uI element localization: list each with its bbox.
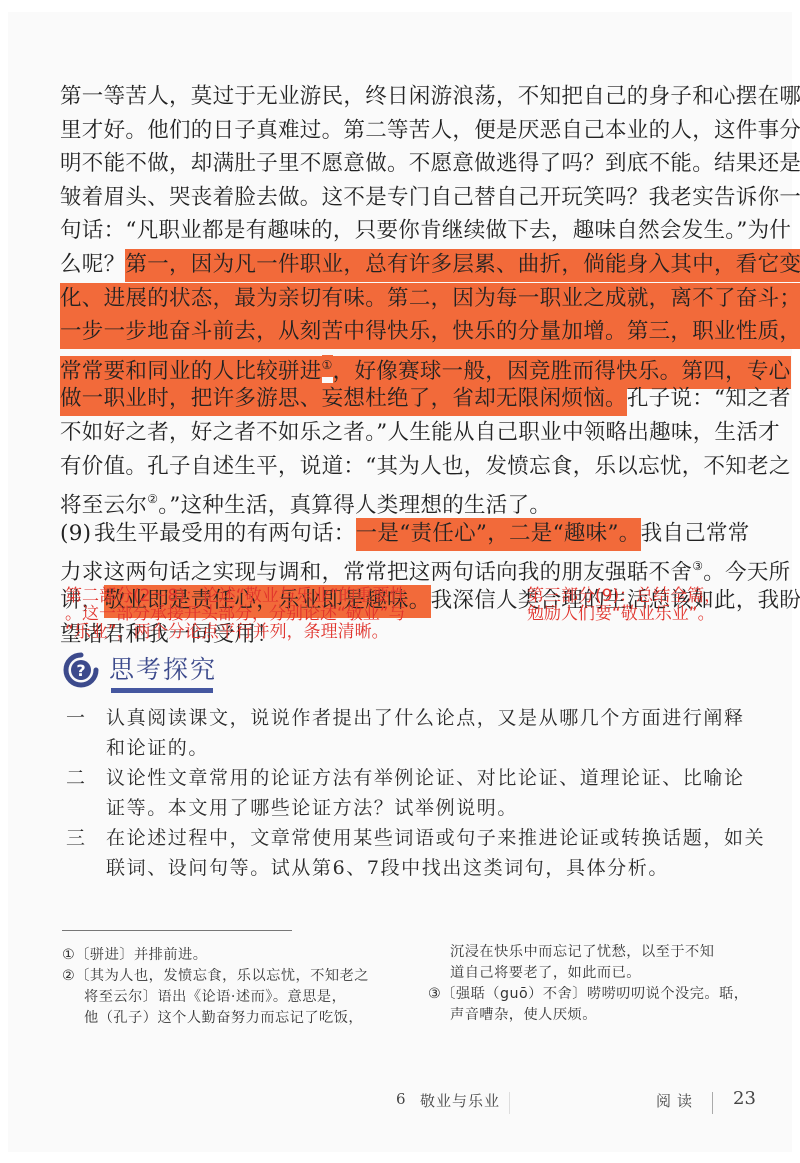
footnote-line: 声音嘈杂，使人厌烦。 <box>428 1005 778 1026</box>
chapter-number: 6 <box>396 1090 406 1108</box>
text-line: 第一等苦人，莫过于无业游民，终日闲游浪荡，不知把自己的身子和心摆在哪 <box>60 80 760 114</box>
text-segment: 明不能不做，却满肚子里不愿意做。不愿意做逃得了吗？到底不能。结果还是 <box>60 151 800 176</box>
text-segment: 。今天所 <box>703 560 790 585</box>
footnote-line: 他（孔子）这个人勤奋努力而忘记了吃饭， <box>62 1008 402 1029</box>
footer-divider <box>712 1092 713 1114</box>
footnotes-left: ①〔骈进〕并排前进。 ②〔其为人也，发愤忘食，乐以忘忧，不知老之 将至云尔〕语出… <box>62 945 402 1029</box>
footnote-line: 道自己将要老了，如此而已。 <box>428 963 778 984</box>
highlighted-text: 化、进展的状态，最为亲切有味。 <box>60 283 387 316</box>
footnote-2-continued: 沉浸在快乐中而忘记了忧愁，以至于不知 道自己将要老了，如此而已。 <box>428 942 778 984</box>
section-title-underline <box>111 688 213 693</box>
question-number: 三 <box>66 823 87 853</box>
text-segment: 不如好之者，好之者不如乐之者。”人生能从自己职业中领略出趣味，生活才 <box>60 420 780 445</box>
text-line: 有价值。孔子自述生平，说道：“其为人也，发愤忘食，乐以忘忧，不知老之 <box>60 450 760 484</box>
highlighted-text: 一是“责任心”，二是“趣味”。 <box>356 518 641 551</box>
text-segment: 么呢？ <box>60 252 125 277</box>
annotation-part-three: 第三部分(9)：总结全篇， 勉励人们要“敬业乐业”。 <box>527 587 721 623</box>
footnote-line: ②〔其为人也，发愤忘食，乐以忘忧，不知老之 <box>62 966 402 987</box>
paragraph-number: (9) <box>60 517 94 551</box>
highlighted-text: 一步一步地奋斗前去，从刻苦中得快乐，快乐的分量加增。 <box>60 316 627 349</box>
question-item: 三 在论述过程中，文章常使用某些词语或句子来推进论证或转换话题，如关 联词、设问… <box>62 823 762 883</box>
text-segment: 孔子说：“知之者 <box>627 386 791 411</box>
footnote-line: 将至云尔〕语出《论语·述而》。意思是， <box>62 987 402 1008</box>
text-line: 里才好。他们的日子真难过。第二等苦人，便是厌恶自己本业的人，这件事分 <box>60 114 760 148</box>
footnote-2: ②〔其为人也，发愤忘食，乐以忘忧，不知老之 将至云尔〕语出《论语·述而》。意思是… <box>62 966 402 1029</box>
text-line: 常常要和同业的人比较骈进①，好像赛球一般，因竞胜而得快乐。第四，专心 <box>60 349 760 383</box>
text-segment: 我自己常常 <box>641 521 750 546</box>
text-line: (9)我生平最受用的有两句话：一是“责任心”，二是“趣味”。我自己常常 <box>60 517 760 551</box>
footnote-divider <box>62 930 292 931</box>
text-line: 将至云尔②。”这种生活，真算得人类理想的生活了。 <box>60 483 760 517</box>
question-line: 认真阅读课文，说说作者提出了什么论点，又是从哪几个方面进行阐释 <box>106 703 762 733</box>
highlighted-text: 第三，职业性质， <box>627 316 800 349</box>
footnote-marker: ② <box>147 492 158 506</box>
text-line: 句话：“凡职业都是有趣味的，只要你肯继续做下去，趣味自然会发生。”为什 <box>60 214 760 248</box>
highlighted-text: 第一，因为凡一件职业，总有许多层累、曲折，倘能身入其中，看它变 <box>125 249 800 282</box>
question-number: 二 <box>66 763 87 793</box>
body-text: 第一等苦人，莫过于无业游民，终日闲游浪荡，不知把自己的身子和心摆在哪里才好。他们… <box>60 80 760 651</box>
text-line: 不如好之者，好之者不如乐之者。”人生能从自己职业中领略出趣味，生活才 <box>60 416 760 450</box>
annotation-line: 第三部分(9)：总结全篇， <box>527 587 721 605</box>
text-line: 做一职业时，把许多游思、妄想杜绝了，省却无限闲烦恼。孔子说：“知之者 <box>60 382 760 416</box>
section-label: 阅读 <box>656 1090 698 1111</box>
question-list: 一 认真阅读课文，说说作者提出了什么论点，又是从哪几个方面进行阐释 和论证的。 … <box>62 703 762 883</box>
annotation-line: 第二部分(2～8)：论述“敬业与乐业”的重要性 <box>65 587 407 605</box>
footnote-marker: ③ <box>692 559 703 573</box>
text-segment: 将至云尔 <box>60 493 147 518</box>
footnote-3: ③〔强聒（guō）不舍〕唠唠叨叨说个没完。聒， 声音嘈杂，使人厌烦。 <box>428 984 778 1026</box>
text-segment: 有价值。孔子自述生平，说道：“其为人也，发愤忘食，乐以忘忧，不知老之 <box>60 454 791 479</box>
question-line: 和论证的。 <box>106 733 762 763</box>
footnote-line: ③〔强聒（guō）不舍〕唠唠叨叨说个没完。聒， <box>428 984 778 1005</box>
annotation-line: “乐业”，两个分论点平行并列，条理清晰。 <box>65 623 407 641</box>
footnote-1: ①〔骈进〕并排前进。 <box>62 945 402 966</box>
text-segment: 皱着眉头、哭丧着脸去做。这不是专门自己替自己开玩笑吗？我老实告诉你一 <box>60 185 800 210</box>
question-item: 一 认真阅读课文，说说作者提出了什么论点，又是从哪几个方面进行阐释 和论证的。 <box>62 703 762 763</box>
footnote-line: ①〔骈进〕并排前进。 <box>62 945 402 966</box>
text-segment: 里才好。他们的日子真难过。第二等苦人，便是厌恶自己本业的人，这件事分 <box>60 118 800 143</box>
highlighted-text: 做一职业时，把许多游思、妄想杜绝了，省却无限闲烦恼。 <box>60 383 627 416</box>
text-segment: 第一等苦人，莫过于无业游民，终日闲游浪荡，不知把自己的身子和心摆在哪 <box>60 84 800 109</box>
text-line: 明不能不做，却满肚子里不愿意做。不愿意做逃得了吗？到底不能。结果还是 <box>60 147 760 181</box>
annotation-line: 勉励人们要“敬业乐业”。 <box>527 605 721 623</box>
page-number: 23 <box>733 1088 756 1109</box>
footnote-line: 沉浸在快乐中而忘记了忧愁，以至于不知 <box>428 942 778 963</box>
question-line: 议论性文章常用的论证方法有举例论证、对比论证、道理论证、比喻论 <box>106 763 762 793</box>
text-segment: 句话：“凡职业都是有趣味的，只要你肯继续做下去，趣味自然会发生。”为什 <box>60 218 791 243</box>
question-line: 证等。本文用了哪些论证方法？试举例说明。 <box>106 793 762 823</box>
section-title: 思考探究 <box>109 650 217 686</box>
text-line: 一步一步地奋斗前去，从刻苦中得快乐，快乐的分量加增。第三，职业性质， <box>60 315 760 349</box>
question-number: 一 <box>66 703 87 733</box>
footer-divider <box>509 1092 510 1114</box>
text-segment: 。”这种生活，真算得人类理想的生活了。 <box>158 493 551 518</box>
question-item: 二 议论性文章常用的论证方法有举例论证、对比论证、道理论证、比喻论 证等。本文用… <box>62 763 762 823</box>
question-circle-icon: ? <box>63 652 99 688</box>
page-footer: 6 敬业与乐业 阅读 23 <box>0 1090 800 1120</box>
footnotes-right: 沉浸在快乐中而忘记了忧愁，以至于不知 道自己将要老了，如此而已。 ③〔强聒（gu… <box>428 942 778 1026</box>
footnote-marker: ① <box>322 355 333 377</box>
question-line: 在论述过程中，文章常使用某些词语或句子来推进论证或转换话题，如关 <box>106 823 762 853</box>
text-line: 化、进展的状态，最为亲切有味。第二，因为每一职业之成就，离不了奋斗； <box>60 282 760 316</box>
text-segment: 力求这两句话之实现与调和，常常把这两句话向我的朋友强聒不舍 <box>60 560 692 585</box>
svg-text:?: ? <box>76 661 85 680</box>
text-line: 么呢？第一，因为凡一件职业，总有许多层累、曲折，倘能身入其中，看它变 <box>60 248 760 282</box>
text-line: 力求这两句话之实现与调和，常常把这两句话向我的朋友强聒不舍③。今天所 <box>60 550 760 584</box>
text-segment: 我生平最受用的有两句话： <box>94 521 356 546</box>
text-line: 皱着眉头、哭丧着脸去做。这不是专门自己替自己开玩笑吗？我老实告诉你一 <box>60 181 760 215</box>
question-line: 联词、设问句等。试从第6、7段中找出这类词句，具体分析。 <box>106 853 762 883</box>
annotation-line: 。这一部分承接开头部分，分别论述“敬业”与 <box>65 605 407 623</box>
chapter-title: 敬业与乐业 <box>420 1090 500 1111</box>
highlighted-text: 第二，因为每一职业之成就，离不了奋斗； <box>387 283 800 316</box>
annotation-part-two: 第二部分(2～8)：论述“敬业与乐业”的重要性 。这一部分承接开头部分，分别论述… <box>65 587 407 641</box>
